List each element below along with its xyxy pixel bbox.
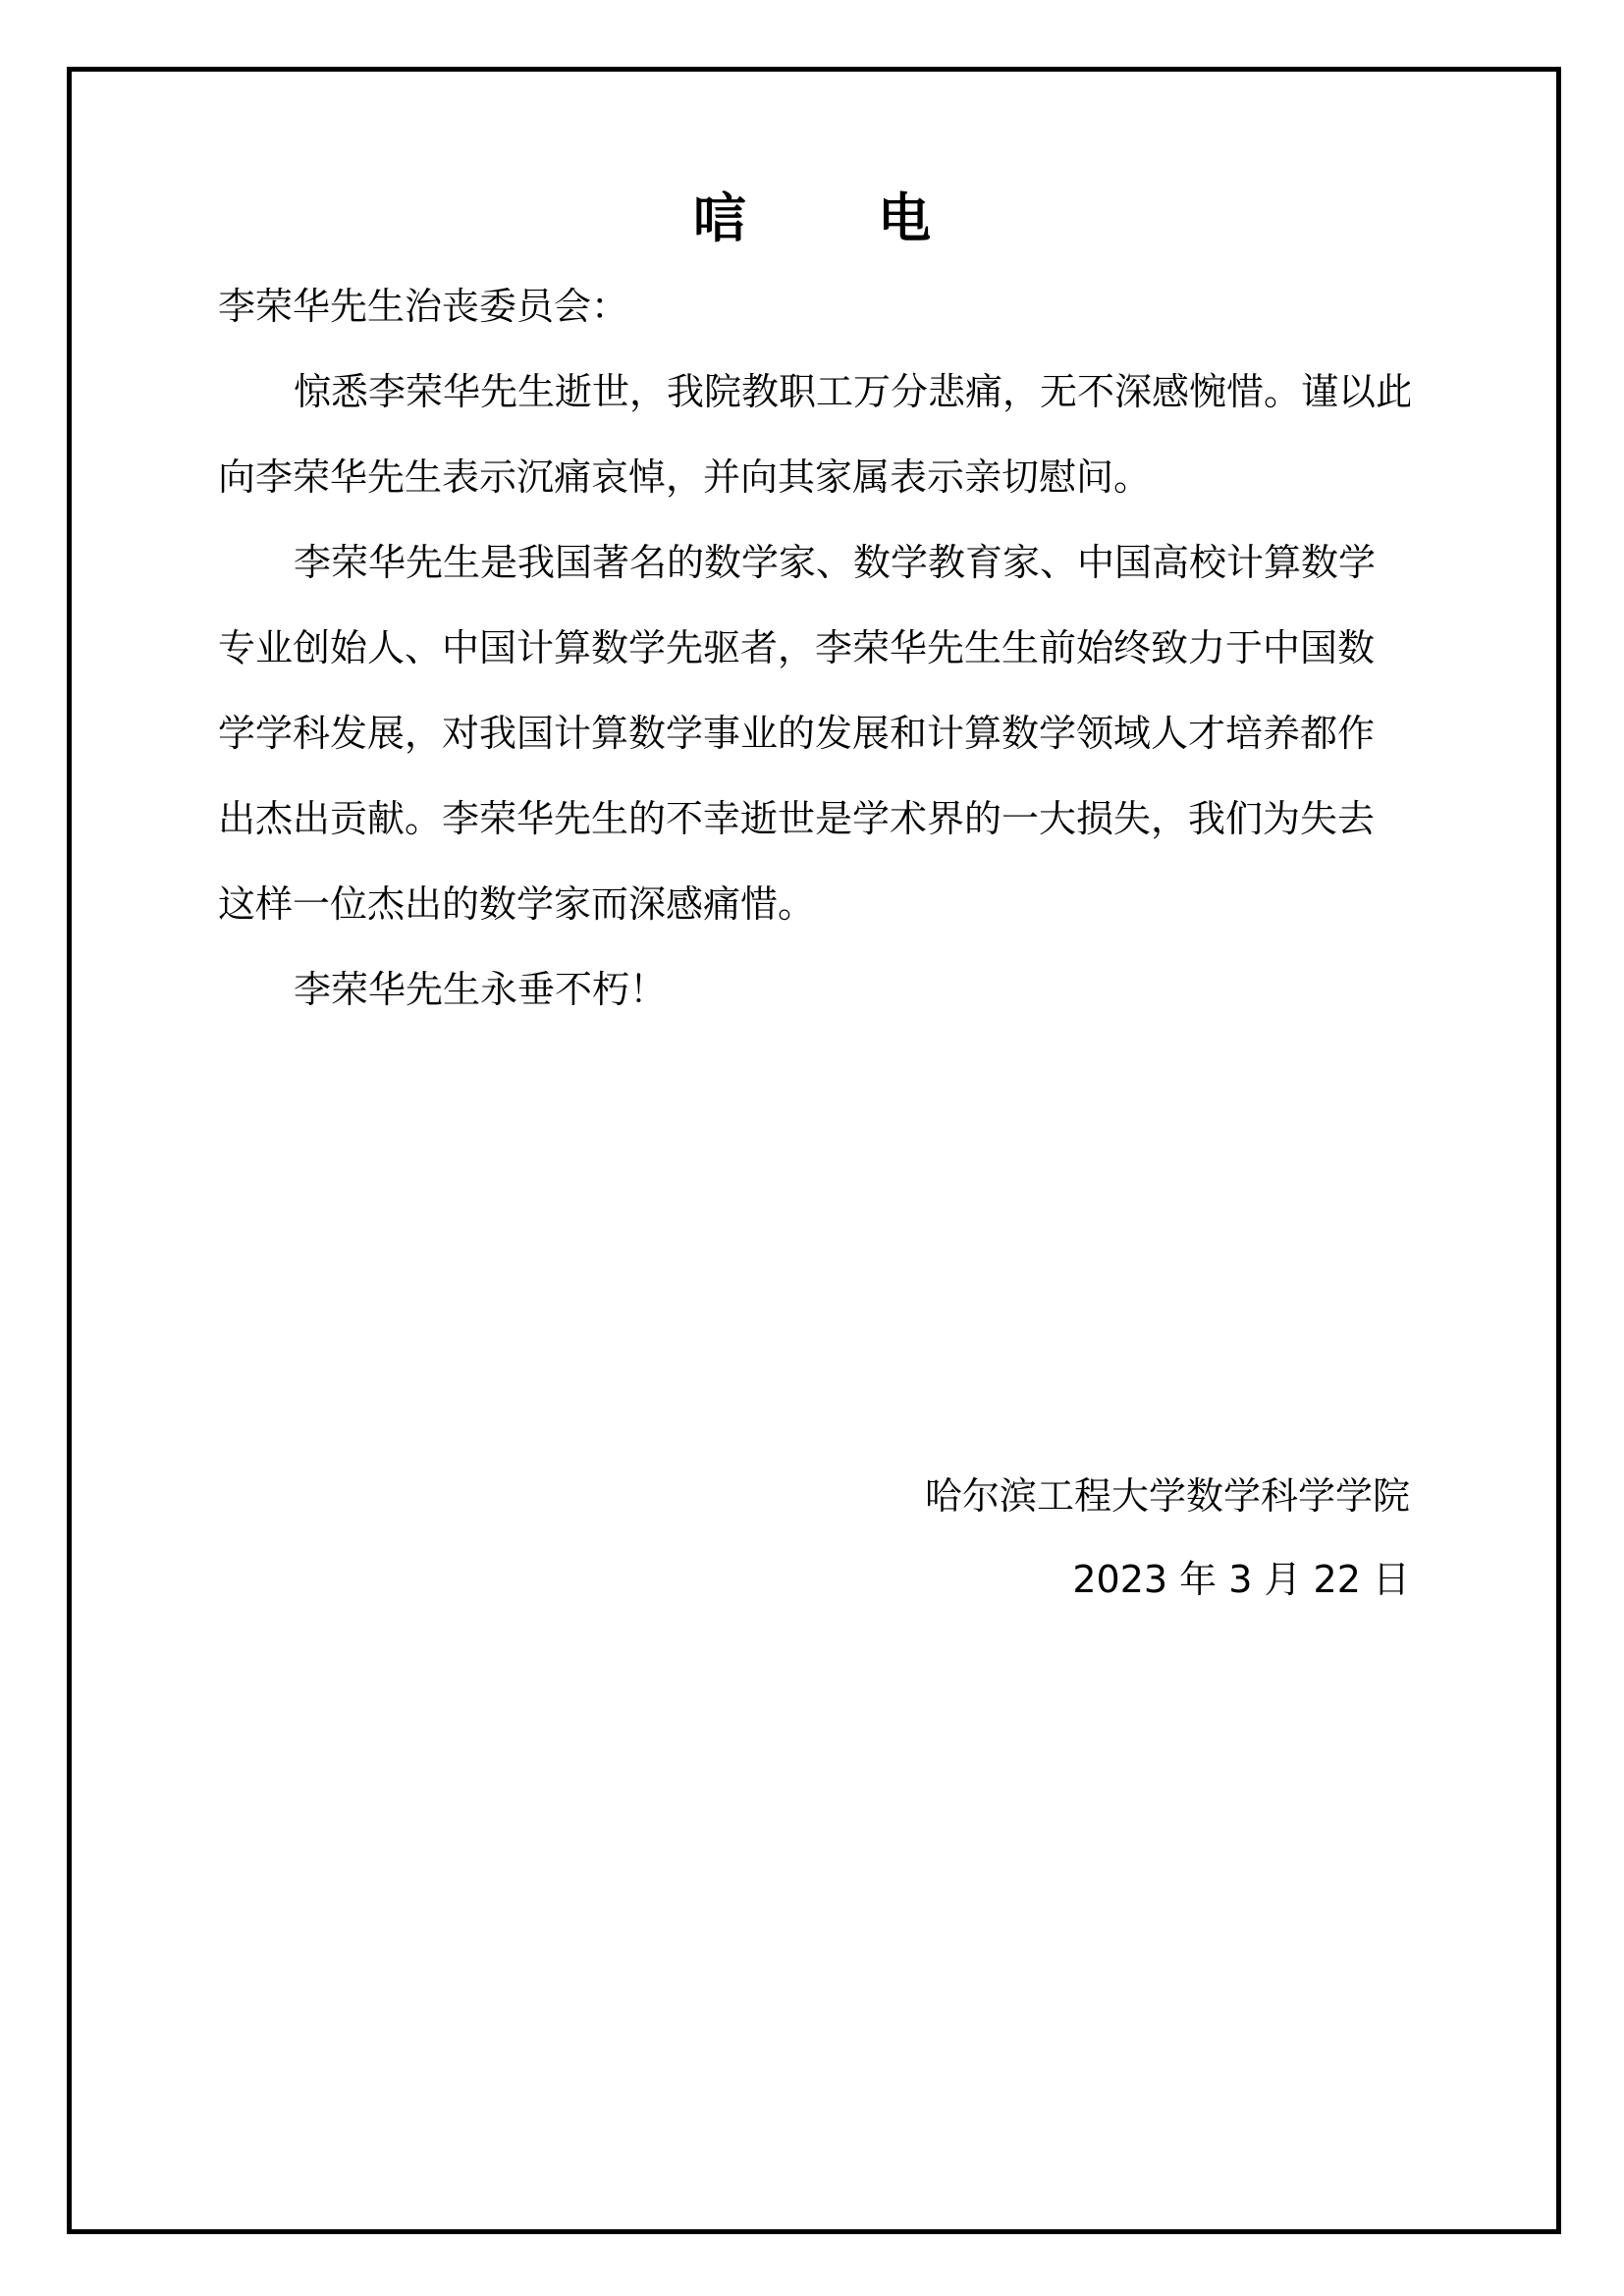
paragraph-2-line-1: 李荣华先生是我国著名的数学家、数学教育家、中国高校计算数学 [218,520,1410,606]
document-title: 唁电 [0,183,1624,253]
signature-organization: 哈尔滨工程大学数学科学学院 [218,1454,1410,1539]
signature-date: 2023 年 3 月 22 日 [218,1537,1410,1623]
salutation: 李荣华先生治丧委员会： [218,264,1410,349]
paragraph-2-line-4: 出杰出贡献。李荣华先生的不幸逝世是学术界的一大损失，我们为失去 [218,776,1410,862]
paragraph-1-line-1: 惊悉李荣华先生逝世，我院教职工万分悲痛，无不深感惋惜。谨以此 [218,349,1410,435]
letter-body: 李荣华先生治丧委员会： 惊悉李荣华先生逝世，我院教职工万分悲痛，无不深感惋惜。谨… [218,264,1410,1033]
paragraph-2-line-5: 这样一位杰出的数学家而深感痛惜。 [218,862,1410,947]
paragraph-1-line-2: 向李荣华先生表示沉痛哀悼，并向其家属表示亲切慰问。 [218,435,1410,520]
closing-line: 李荣华先生永垂不朽！ [218,947,1410,1033]
paragraph-2-line-3: 学学科发展，对我国计算数学事业的发展和计算数学领域人才培养都作 [218,691,1410,776]
title-char-2: 电 [878,183,931,253]
paragraph-2-line-2: 专业创始人、中国计算数学先驱者，李荣华先生生前始终致力于中国数 [218,606,1410,691]
title-char-1: 唁 [693,183,746,253]
signature-block: 哈尔滨工程大学数学科学学院 2023 年 3 月 22 日 [218,1454,1410,1623]
